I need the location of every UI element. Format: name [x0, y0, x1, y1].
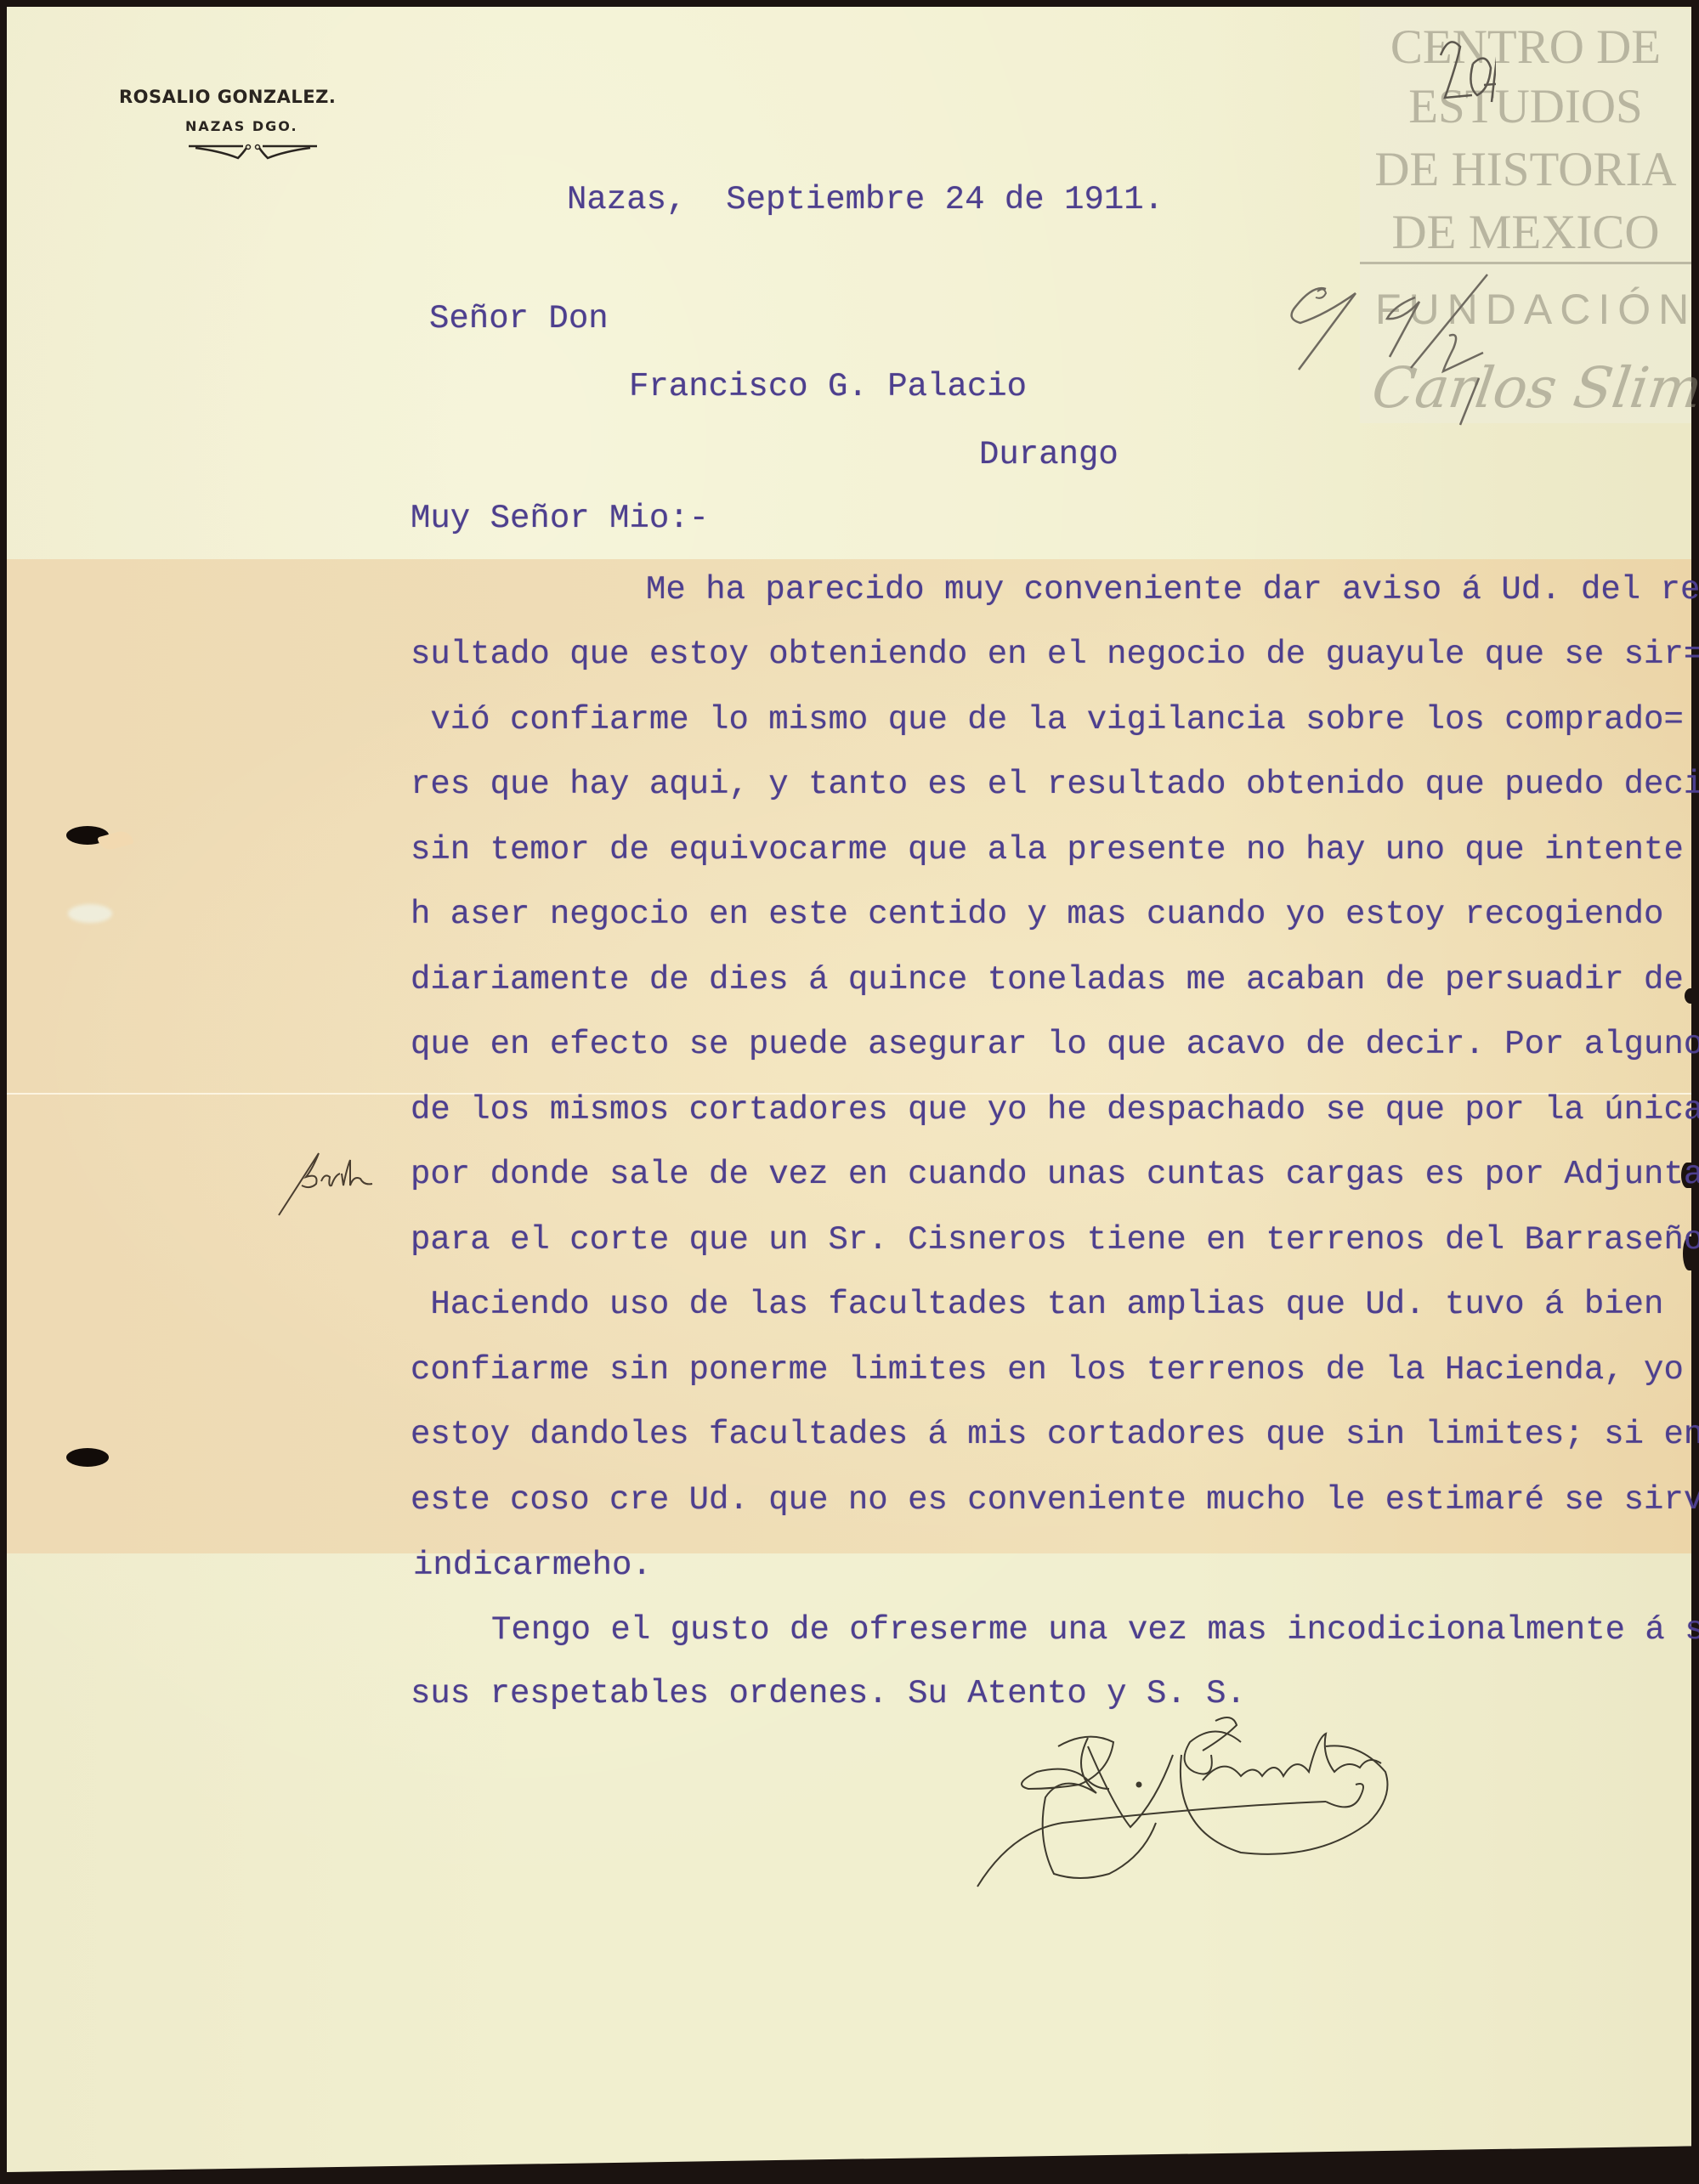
body-line: Haciendo uso de las facultades tan ampli…	[411, 1287, 1663, 1321]
body-line: res que hay aqui, y tanto es el resultad…	[411, 767, 1699, 801]
recipient-name: Francisco G. Palacio	[629, 370, 1027, 404]
stamp-line-3: DE HISTORIA	[1360, 144, 1691, 195]
salutation-title: Señor Don	[429, 302, 609, 336]
body-line: que en efecto se puede asegurar lo que a…	[411, 1027, 1699, 1061]
edge-tear	[1685, 988, 1696, 1004]
dateline: Nazas, Septiembre 24 de 1911.	[567, 183, 1164, 217]
body-line: estoy dandoles facultades á mis cortador…	[411, 1417, 1699, 1451]
body-line: de los mismos cortadores que yo he despa…	[411, 1093, 1699, 1127]
body-line: confiarme sin ponerme limites en los ter…	[411, 1353, 1684, 1387]
body-line: h aser negocio en este centido y mas cua…	[411, 897, 1663, 931]
body-line: este coso cre Ud. que no es conveniente …	[411, 1483, 1699, 1517]
stamp-line-4: DE MEXICO	[1360, 207, 1691, 258]
stamp-divider	[1360, 262, 1691, 264]
body-line: vió confiarme lo mismo que de la vigilan…	[411, 703, 1684, 737]
letterhead-name: ROSALIO GONZALEZ.	[119, 87, 391, 107]
pencil-folio-number-icon	[1275, 17, 1496, 119]
margin-note-parte: parte	[272, 1143, 382, 1219]
pencil-catalog-mark-icon	[1275, 268, 1496, 438]
body-line: por donde sale de vez en cuando unas cun…	[411, 1157, 1699, 1191]
body-line: indicarmeho.	[413, 1548, 652, 1582]
body-line: sin temor de equivocarme que ala present…	[411, 833, 1684, 867]
body-line: para el corte que un Sr. Cisneros tiene …	[411, 1223, 1699, 1257]
greeting: Muy Señor Mio:-	[411, 501, 709, 535]
body-line: sultado que estoy obteniendo en el negoc…	[411, 637, 1699, 671]
body-line: Me ha parecido muy conveniente dar aviso…	[646, 573, 1699, 607]
letterhead-place: NAZAS DGO.	[185, 118, 298, 134]
recipient-city: Durango	[979, 438, 1119, 472]
closing-line: Tengo el gusto de ofreserme una vez mas …	[491, 1613, 1699, 1647]
punch-hole-ghost	[68, 904, 112, 923]
ornament-flourish-icon	[187, 143, 319, 161]
signature-r-gonzalez: R. Gonzalez	[960, 1704, 1436, 1899]
body-line: diariamente de dies á quince toneladas m…	[411, 963, 1684, 997]
punch-hole-bottom	[66, 1448, 109, 1467]
